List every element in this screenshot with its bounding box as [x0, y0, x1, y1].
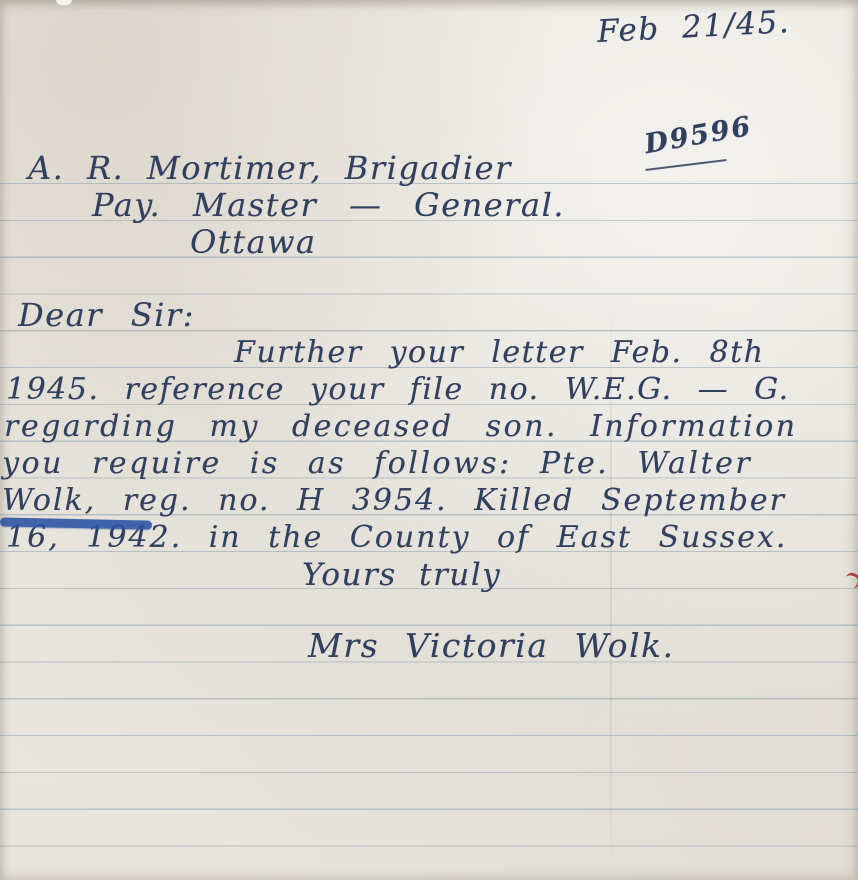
body-line-4: you require is as follows: Pte. Walter [2, 449, 752, 479]
body-line-1: Further your letter Feb. 8th [234, 338, 764, 368]
red-ink-mark [843, 571, 858, 589]
letter-date: Feb 21/45. [596, 7, 790, 48]
handwritten-letter-page: Feb 21/45. D9596 A. R. Mortimer, Brigadi… [0, 0, 858, 880]
recipient-city-line: Ottawa [190, 226, 317, 258]
recipient-title-line: Pay. Master — General. [92, 189, 565, 221]
file-number: D9596 [642, 113, 754, 158]
salutation: Dear Sir: [18, 299, 195, 331]
body-line-5: Wolk, reg. no. H 3954. Killed September [2, 486, 786, 516]
closing: Yours truly [302, 560, 501, 591]
body-line-3: regarding my deceased son. Information [4, 412, 798, 442]
recipient-name-line: A. R. Mortimer, Brigadier [28, 152, 512, 184]
body-line-2: 1945. reference your file no. W.E.G. — G… [6, 375, 790, 405]
paper-edge-chip [56, 0, 72, 5]
signature: Mrs Victoria Wolk. [308, 629, 675, 662]
file-number-underline [645, 159, 727, 171]
